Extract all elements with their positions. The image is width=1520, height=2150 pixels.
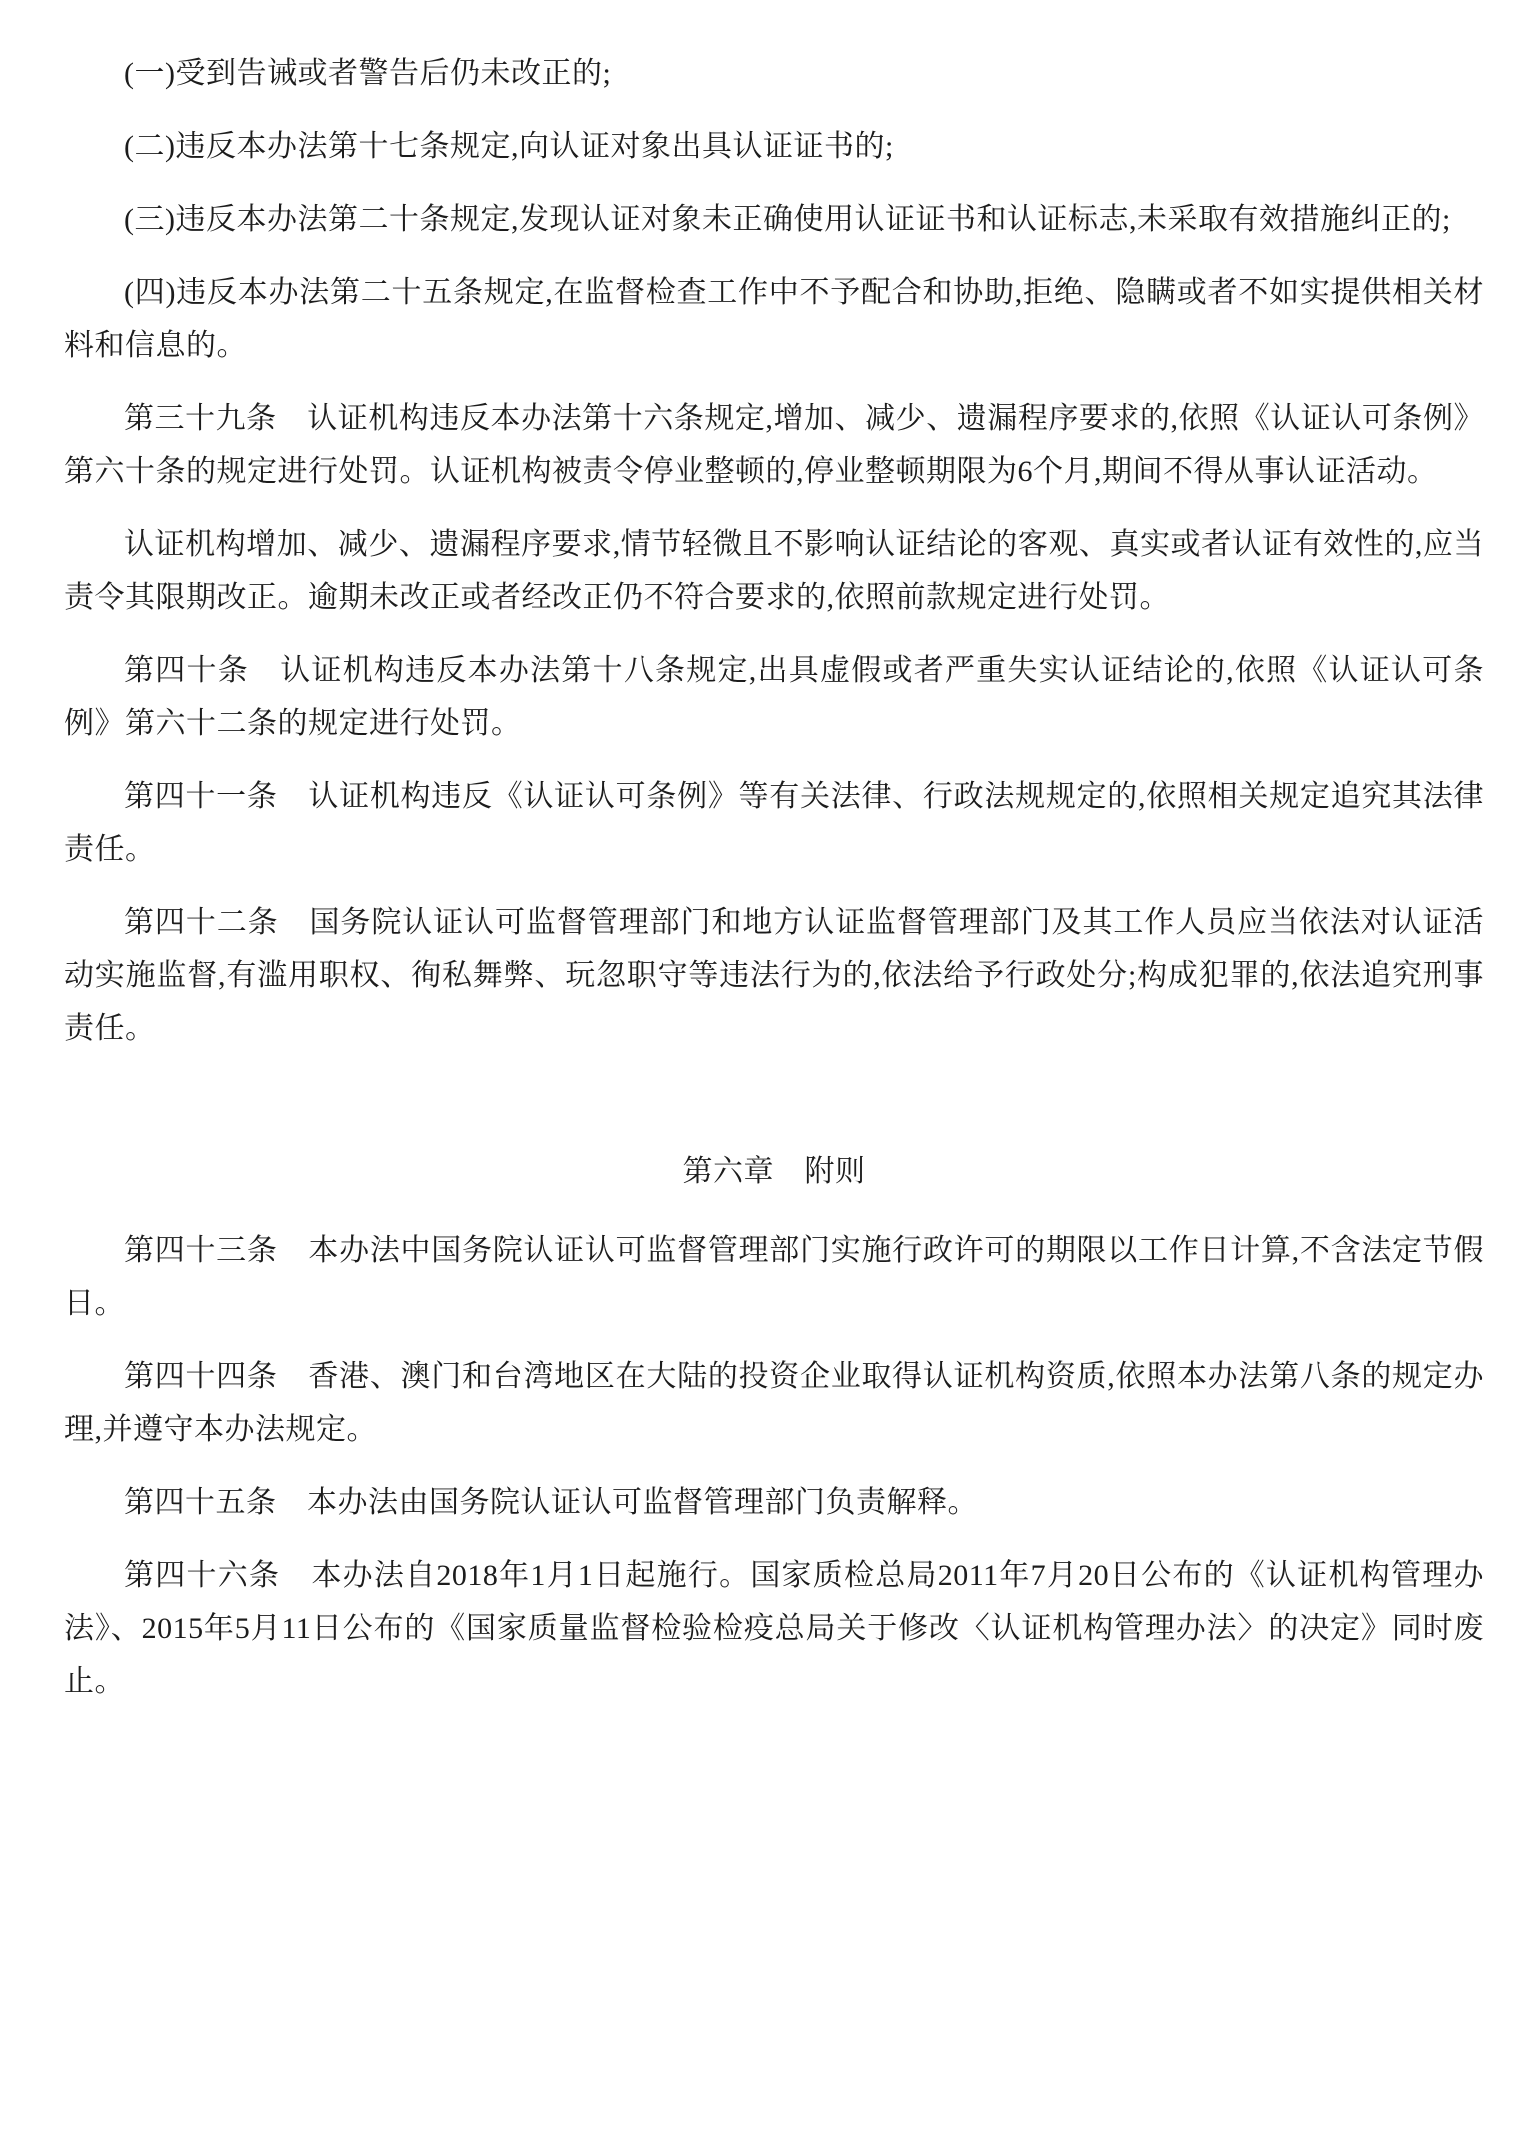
document-page: (一)受到告诫或者警告后仍未改正的; (二)违反本办法第十七条规定,向认证对象出…	[0, 0, 1520, 2150]
article-39-paragraph: 第三十九条 认证机构违反本办法第十六条规定,增加、减少、遗漏程序要求的,依照《认…	[64, 392, 1484, 498]
article-44-paragraph: 第四十四条 香港、澳门和台湾地区在大陆的投资企业取得认证机构资质,依照本办法第八…	[64, 1350, 1484, 1456]
article-45-paragraph: 第四十五条 本办法由国务院认证认可监督管理部门负责解释。	[64, 1476, 1484, 1529]
article-40-paragraph: 第四十条 认证机构违反本办法第十八条规定,出具虚假或者严重失实认证结论的,依照《…	[64, 644, 1484, 750]
clause-item-4: (四)违反本办法第二十五条规定,在监督检查工作中不予配合和协助,拒绝、隐瞒或者不…	[64, 266, 1484, 372]
article-43-paragraph: 第四十三条 本办法中国务院认证认可监督管理部门实施行政许可的期限以工作日计算,不…	[64, 1224, 1484, 1330]
clause-item-1: (一)受到告诫或者警告后仍未改正的;	[64, 47, 1484, 100]
article-46-paragraph: 第四十六条 本办法自2018年1月1日起施行。国家质检总局2011年7月20日公…	[64, 1549, 1484, 1708]
chapter-6-heading: 第六章 附则	[64, 1145, 1484, 1198]
article-41-paragraph: 第四十一条 认证机构违反《认证认可条例》等有关法律、行政法规规定的,依照相关规定…	[64, 770, 1484, 876]
article-42-paragraph: 第四十二条 国务院认证认可监督管理部门和地方认证监督管理部门及其工作人员应当依法…	[64, 896, 1484, 1055]
clause-item-3: (三)违反本办法第二十条规定,发现认证对象未正确使用认证证书和认证标志,未采取有…	[64, 193, 1484, 246]
article-39-second-paragraph: 认证机构增加、减少、遗漏程序要求,情节轻微且不影响认证结论的客观、真实或者认证有…	[64, 518, 1484, 624]
clause-item-2: (二)违反本办法第十七条规定,向认证对象出具认证证书的;	[64, 120, 1484, 173]
